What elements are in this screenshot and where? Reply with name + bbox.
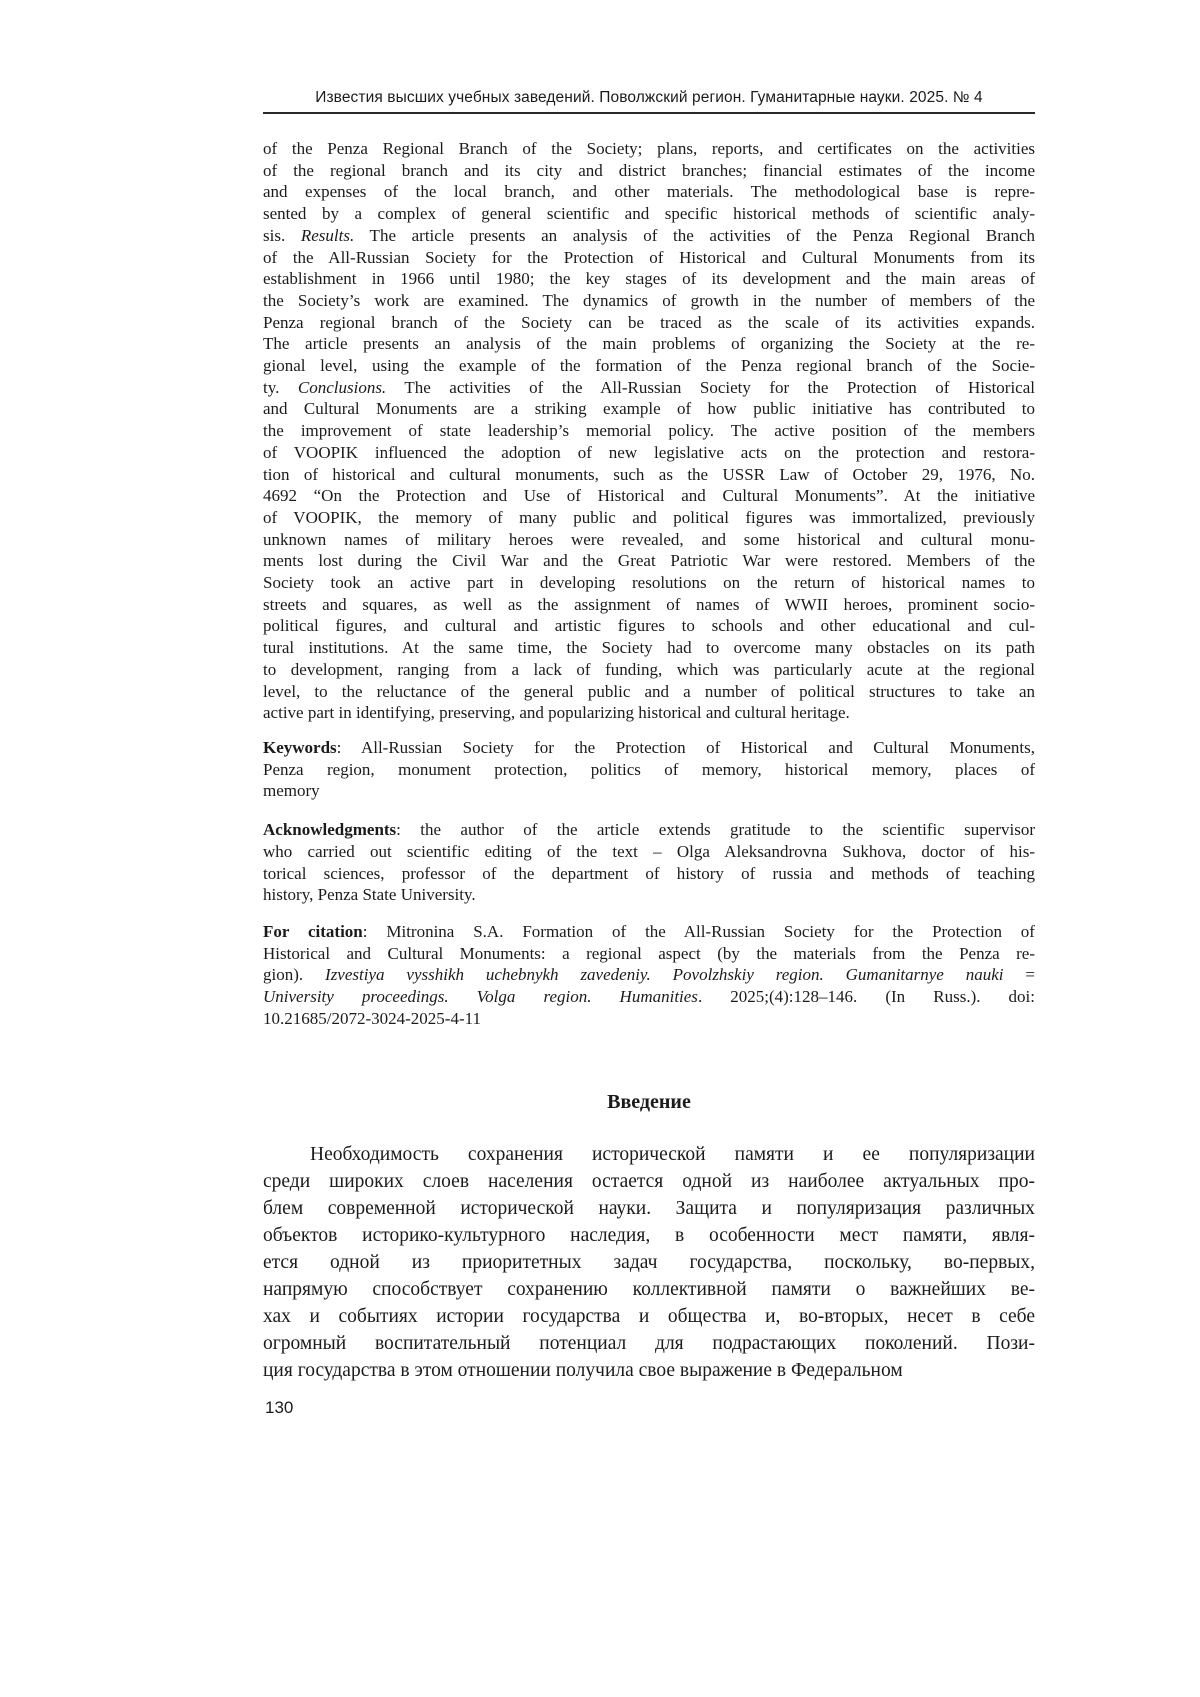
text-line: who carried out scientific editing of th… <box>263 841 1035 863</box>
text-line: блем современной исторической науки. Защ… <box>263 1195 1035 1222</box>
text-line: Необходимость сохранения исторической па… <box>263 1141 1035 1168</box>
citation-paragraph: For citation: Mitronina S.A. Formation o… <box>263 921 1035 1030</box>
text-line: history, Penza State University. <box>263 884 1035 906</box>
text-line: For citation: Mitronina S.A. Formation o… <box>263 921 1035 943</box>
page-content: Известия высших учебных заведений. Повол… <box>263 88 1035 1384</box>
text-line: torical sciences, professor of the depar… <box>263 863 1035 885</box>
text-line: хах и событиях истории государства и общ… <box>263 1303 1035 1330</box>
text-line: tion of historical and cultural monument… <box>263 464 1035 486</box>
text-line: political figures, and cultural and arti… <box>263 615 1035 637</box>
page-number: 130 <box>265 1398 293 1418</box>
text-line: tural institutions. At the same time, th… <box>263 637 1035 659</box>
text-line: University proceedings. Volga region. Hu… <box>263 986 1035 1008</box>
abstract-paragraph: of the Penza Regional Branch of the Soci… <box>263 138 1035 724</box>
text-line: ется одной из приоритетных задач государ… <box>263 1249 1035 1276</box>
text-line: of VOOPIK influenced the adoption of new… <box>263 442 1035 464</box>
text-line: Acknowledgments: the author of the artic… <box>263 819 1035 841</box>
text-line: memory <box>263 780 1035 802</box>
text-line: establishment in 1966 until 1980; the ke… <box>263 268 1035 290</box>
text-line: level, to the reluctance of the general … <box>263 681 1035 703</box>
text-line: Penza region, monument protection, polit… <box>263 759 1035 781</box>
running-head: Известия высших учебных заведений. Повол… <box>263 88 1035 114</box>
text-line: sented by a complex of general scientifi… <box>263 203 1035 225</box>
text-line: gional level, using the example of the f… <box>263 355 1035 377</box>
text-line: of VOOPIK, the memory of many public and… <box>263 507 1035 529</box>
intro-paragraph: Необходимость сохранения исторической па… <box>263 1141 1035 1384</box>
text-line: streets and squares, as well as the assi… <box>263 594 1035 616</box>
acknowledgments-paragraph: Acknowledgments: the author of the artic… <box>263 819 1035 906</box>
text-line: Keywords: All-Russian Society for the Pr… <box>263 737 1035 759</box>
text-line: объектов историко-культурного наследия, … <box>263 1222 1035 1249</box>
text-line: and expenses of the local branch, and ot… <box>263 181 1035 203</box>
text-line: of the regional branch and its city and … <box>263 160 1035 182</box>
journal-page: Известия высших учебных заведений. Повол… <box>0 0 1200 1697</box>
text-line: огромный воспитательный потенциал для по… <box>263 1330 1035 1357</box>
text-line: the improvement of state leadership’s me… <box>263 420 1035 442</box>
text-line: and Cultural Monuments are a striking ex… <box>263 398 1035 420</box>
text-line: Society took an active part in developin… <box>263 572 1035 594</box>
text-line: среди широких слоев населения остается о… <box>263 1168 1035 1195</box>
text-line: active part in identifying, preserving, … <box>263 702 1035 724</box>
text-line: to development, ranging from a lack of f… <box>263 659 1035 681</box>
text-line: 4692 “On the Protection and Use of Histo… <box>263 485 1035 507</box>
text-line: 10.21685/2072-3024-2025-4-11 <box>263 1008 1035 1030</box>
section-heading: Введение <box>263 1089 1035 1115</box>
text-line: ция государства в этом отношении получил… <box>263 1357 1035 1384</box>
text-line: Historical and Cultural Monuments: a reg… <box>263 943 1035 965</box>
text-line: sis. Results. The article presents an an… <box>263 225 1035 247</box>
keywords-paragraph: Keywords: All-Russian Society for the Pr… <box>263 737 1035 802</box>
text-line: gion). Izvestiya vysshikh uchebnykh zave… <box>263 964 1035 986</box>
text-line: ty. Conclusions. The activities of the A… <box>263 377 1035 399</box>
text-line: unknown names of military heroes were re… <box>263 529 1035 551</box>
text-line: the Society’s work are examined. The dyn… <box>263 290 1035 312</box>
text-line: ments lost during the Civil War and the … <box>263 550 1035 572</box>
text-line: of the Penza Regional Branch of the Soci… <box>263 138 1035 160</box>
text-line: The article presents an analysis of the … <box>263 333 1035 355</box>
abstract-block: of the Penza Regional Branch of the Soci… <box>263 138 1035 1029</box>
text-line: of the All-Russian Society for the Prote… <box>263 247 1035 269</box>
text-line: напрямую способствует сохранению коллект… <box>263 1276 1035 1303</box>
text-line: Penza regional branch of the Society can… <box>263 312 1035 334</box>
